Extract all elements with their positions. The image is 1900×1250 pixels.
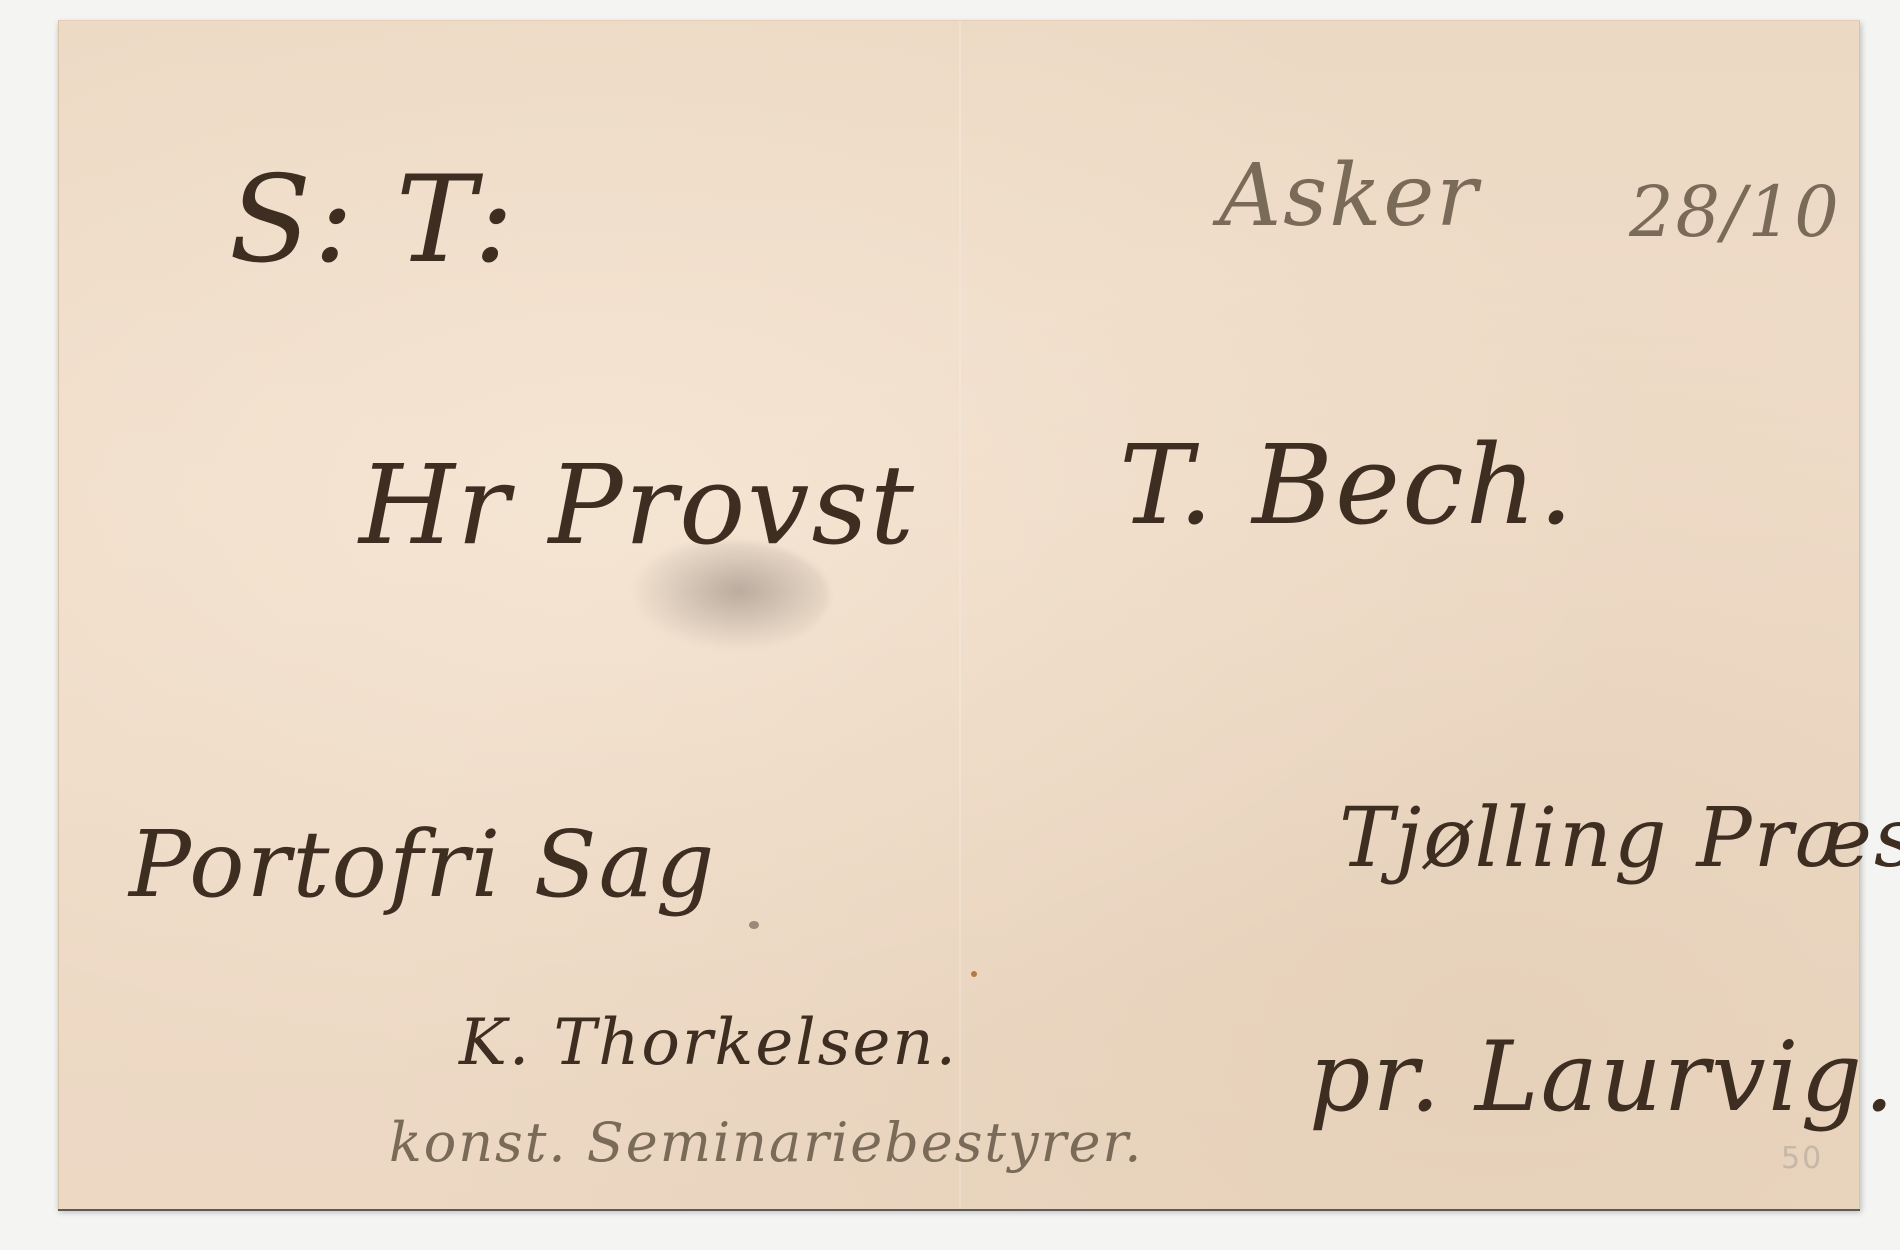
addressee-title: Hr Provst: [359, 441, 916, 569]
sender-title: konst. Seminariebestyrer.: [389, 1111, 1143, 1174]
destination-place: Tjølling Præstegaard: [1339, 791, 1900, 886]
ink-spot: [971, 971, 977, 977]
addressee-name: T. Bech.: [1119, 421, 1575, 549]
envelope: S: T: Asker 28/10 Hr Provst T. Bech. Por…: [58, 20, 1860, 1209]
ink-spot: [749, 921, 759, 929]
salutation: S: T:: [229, 151, 516, 290]
origin-place: Asker: [1219, 146, 1479, 246]
paper-crease: [959, 21, 961, 1209]
postage-note: Portofri Sag: [129, 811, 716, 918]
origin-date: 28/10: [1629, 171, 1841, 253]
pencil-note: 50: [1781, 1141, 1823, 1176]
sender-name: K. Thorkelsen.: [459, 1006, 958, 1080]
destination-via: pr. Laurvig.: [1309, 1021, 1896, 1133]
